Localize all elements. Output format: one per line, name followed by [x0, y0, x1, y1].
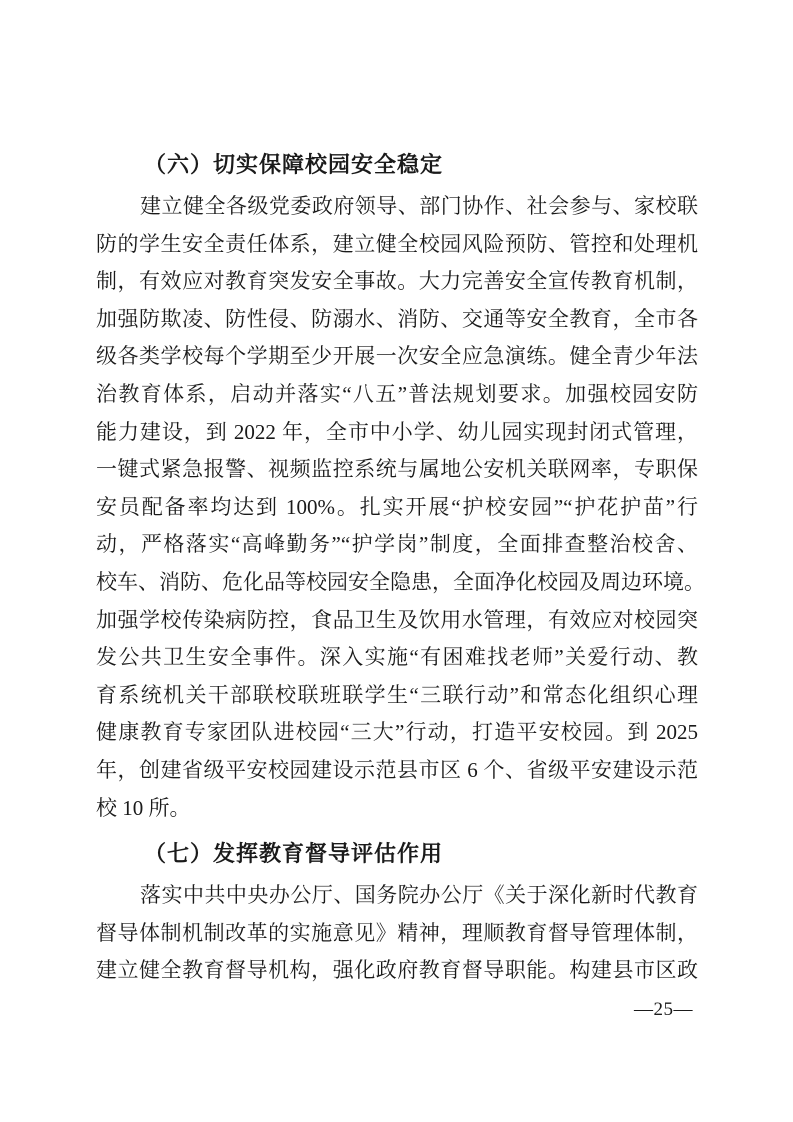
section-7-heading: （七）发挥教育督导评估作用	[96, 835, 698, 873]
section-7-paragraph: 落实中共中央办公厅、国务院办公厅《关于深化新时代教育 督导体制机制改革的实施意见…	[96, 877, 698, 990]
document-page: （六）切实保障校园安全稳定 建立健全各级党委政府领导、部门协作、社会参与、家校联…	[0, 0, 793, 1122]
paragraph-line: 一键式紧急报警、视频监控系统与属地公安机关联网率，专职保	[96, 451, 698, 489]
paragraph-line: 建立健全教育督导机构，强化政府教育督导职能。构建县市区政	[96, 952, 698, 990]
paragraph-line: 发公共卫生安全事件。深入实施“有困难找老师”关爱行动、教	[96, 639, 698, 677]
page-number: —25—	[634, 996, 693, 1024]
paragraph-line: 加强学校传染病防控，食品卫生及饮用水管理，有效应对校园突	[96, 602, 698, 640]
paragraph-line: 加强防欺凌、防性侵、防溺水、消防、交通等安全教育，全市各	[96, 301, 698, 339]
paragraph-line: 年，创建省级平安校园建设示范县市区 6 个、省级平安建设示范	[96, 752, 698, 790]
paragraph-line: 制，有效应对教育突发安全事故。大力完善安全宣传教育机制，	[96, 263, 698, 301]
paragraph-line: 建立健全各级党委政府领导、部门协作、社会参与、家校联	[96, 188, 698, 226]
paragraph-line: 防的学生安全责任体系，建立健全校园风险预防、管控和处理机	[96, 226, 698, 264]
paragraph-line: 治教育体系，启动并落实“八五”普法规划要求。加强校园安防	[96, 376, 698, 414]
paragraph-line: 校车、消防、危化品等校园安全隐患，全面净化校园及周边环境。	[96, 564, 698, 602]
paragraph-line: 校 10 所。	[96, 790, 698, 828]
paragraph-line: 健康教育专家团队进校园“三大”行动，打造平安校园。到 2025	[96, 714, 698, 752]
paragraph-line: 落实中共中央办公厅、国务院办公厅《关于深化新时代教育	[96, 877, 698, 915]
paragraph-line: 育系统机关干部联校联班联学生“三联行动”和常态化组织心理	[96, 677, 698, 715]
section-6-paragraph: 建立健全各级党委政府领导、部门协作、社会参与、家校联 防的学生安全责任体系，建立…	[96, 188, 698, 827]
paragraph-line: 安员配备率均达到 100%。扎实开展“护校安园”“护花护苗”行	[96, 489, 698, 527]
paragraph-line: 级各类学校每个学期至少开展一次安全应急演练。健全青少年法	[96, 338, 698, 376]
paragraph-line: 督导体制机制改革的实施意见》精神，理顺教育督导管理体制，	[96, 915, 698, 953]
section-6-heading: （六）切实保障校园安全稳定	[96, 146, 698, 184]
document-content: （六）切实保障校园安全稳定 建立健全各级党委政府领导、部门协作、社会参与、家校联…	[96, 146, 698, 990]
paragraph-line: 能力建设，到 2022 年，全市中小学、幼儿园实现封闭式管理，	[96, 414, 698, 452]
paragraph-line: 动，严格落实“高峰勤务”“护学岗”制度，全面排查整治校舍、	[96, 526, 698, 564]
